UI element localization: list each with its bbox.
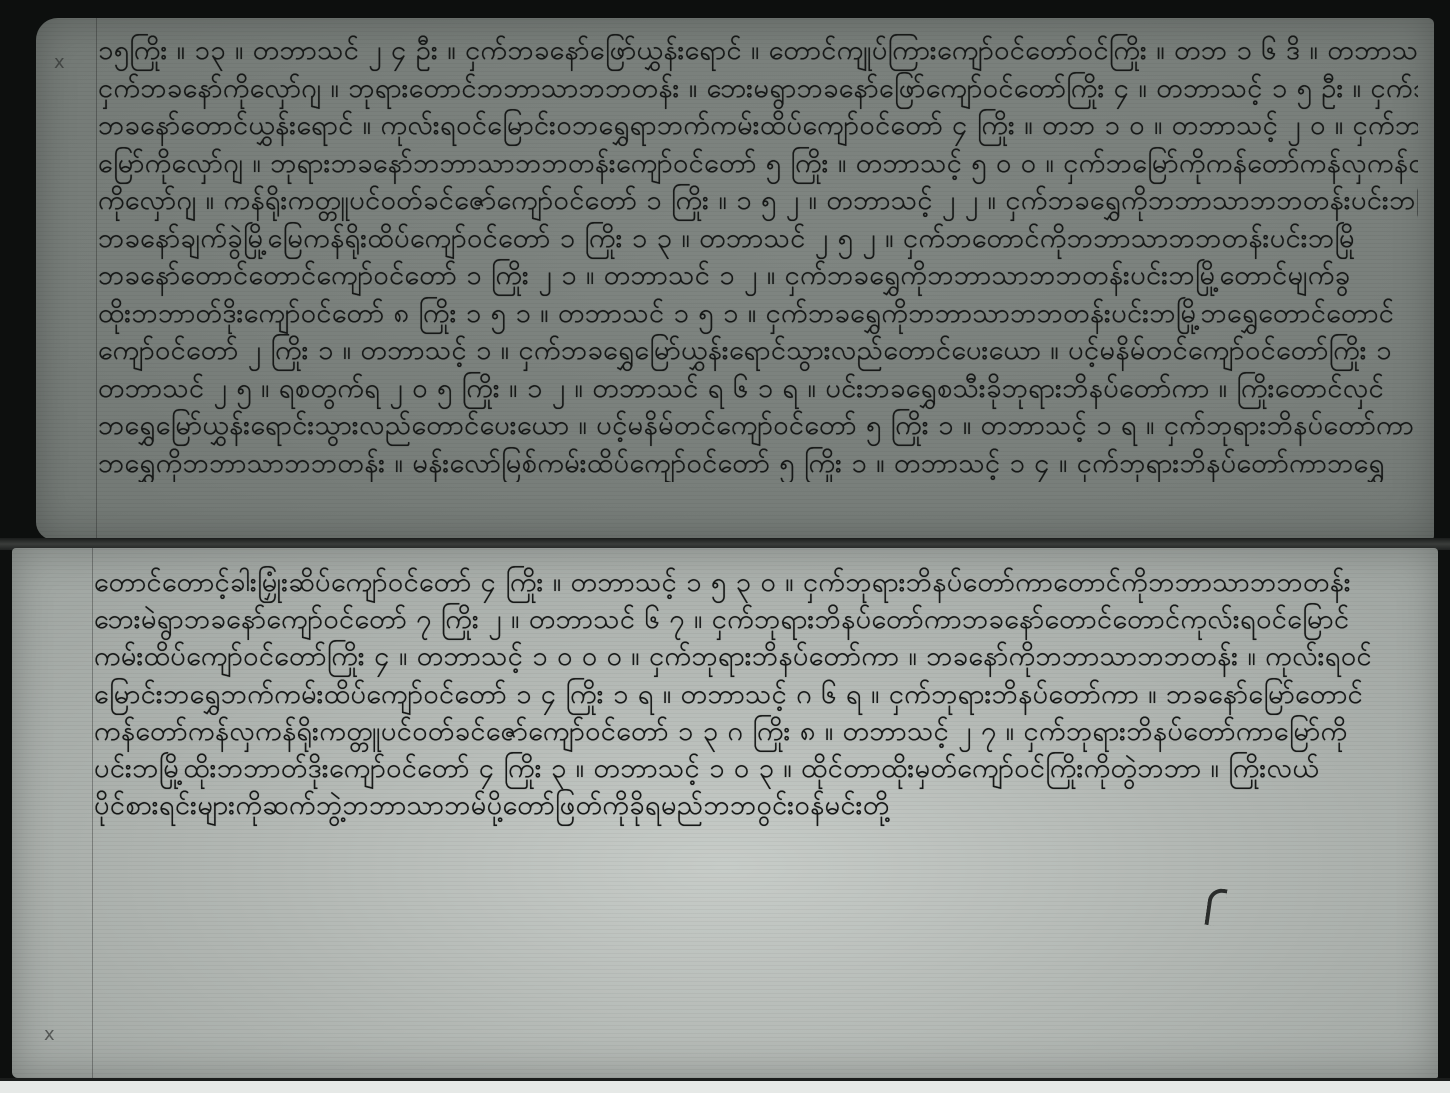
lower-text-block: တောင်တောင့်ခါးမြှုံးဆိပ်ကျော်ဝင်တော် ၄ က… bbox=[94, 564, 1414, 862]
text-line: ကိုလှော်ဂျ ။ ကန်ရိုးကတ္တူပင်ဝတ်ခင်ဇော်ကျ… bbox=[98, 182, 1418, 220]
left-margin-rule bbox=[96, 18, 97, 540]
text-line: ပိုင်စားရင်းများကိုဆက်ဘွဲ့ဘဘာသာဘမ်ပို့တေ… bbox=[94, 787, 1414, 824]
corner-x-mark: x bbox=[54, 52, 65, 73]
text-line: ဘခနော်ချက်ခွဲမြို့မြေကန်ရိုးထိပ်ကျော်ဝင်… bbox=[98, 220, 1418, 258]
text-line bbox=[94, 824, 1414, 861]
text-line: ဘခနော်တောင်တောင်ကျော်ဝင်တော် ၁ ကြိုး ၂ ၁… bbox=[98, 257, 1418, 295]
upper-text-block: ၁၅ကြိုး ။ ၁၃ ။ တဘာသင် ၂ ၄ ဦး ။ ငှက်ဘခနော… bbox=[98, 32, 1418, 482]
stray-ink-mark bbox=[1204, 887, 1227, 927]
upper-manuscript-panel: x ၁၅ကြိုး ။ ၁၃ ။ တဘာသင် ၂ ၄ ဦး ။ ငှက်ဘခန… bbox=[36, 18, 1434, 540]
text-line: ဘခနော်တောင်ယွှန်းရောင် ။ ကုလ်းရဝင်မြောင်… bbox=[98, 107, 1418, 145]
text-line: ပင်းဘမြို့ထိုးဘဘာတ်ဒိုးကျော်ဝင်တော် ၄ ကြ… bbox=[94, 750, 1414, 787]
text-line: ကန်တော်ကန်လှကန်ရိုးကတ္တူပင်ဝတ်ခင်ဇော်ကျေ… bbox=[94, 713, 1414, 750]
bottom-edge bbox=[0, 1078, 1450, 1093]
left-margin-rule bbox=[92, 548, 93, 1078]
text-line: ငှက်ဘခနော်ကိုလှော်ဂျ ။ ဘုရားတောင်ဘဘာသာဘဘ… bbox=[98, 70, 1418, 108]
text-line: တဘာသင် ၂ ၅ ။ ရစတွက်ရ ၂ ၀ ၅ ကြိုး ။ ၁ ၂ ။… bbox=[98, 370, 1418, 408]
text-line: မြော်ကိုလှော်ဂျ ။ ဘုရားဘခနော်ဘဘာသာဘဘတန်း… bbox=[98, 145, 1418, 183]
text-line: ၁၅ကြိုး ။ ၁၃ ။ တဘာသင် ၂ ၄ ဦး ။ ငှက်ဘခနော… bbox=[98, 32, 1418, 70]
text-line: မြောင်းဘရွှေဘက်ကမ်းထိပ်ကျော်ဝင်တော် ၁ ၄ … bbox=[94, 676, 1414, 713]
corner-x-mark: x bbox=[44, 1024, 55, 1045]
text-line: ကမ်းထိပ်ကျော်ဝင်တော်ကြိုး ၄ ။ တဘာသင့် ၁ … bbox=[94, 638, 1414, 675]
text-line: ဘရွှေကိုဘဘာသာဘဘတန်း ။ မန်းလော်မြစ်ကမ်းထိ… bbox=[98, 445, 1418, 483]
text-line: ဘေးမဲရွာဘခနော်ကျော်ဝင်တော် ၇ ကြိုး ၂ ။ တ… bbox=[94, 601, 1414, 638]
lower-manuscript-panel: x တောင်တောင့်ခါးမြှုံးဆိပ်ကျော်ဝင်တော် ၄… bbox=[12, 548, 1438, 1078]
text-line: ဘရွှေမြော်ယွှန်းရောင်းသွားလည်တောင်ပေးယော… bbox=[98, 407, 1418, 445]
text-line: ကျော်ဝင်တော် ၂ ကြိုး ၁ ။ တဘာသင့် ၁ ။ ငှက… bbox=[98, 332, 1418, 370]
text-line: တောင်တောင့်ခါးမြှုံးဆိပ်ကျော်ဝင်တော် ၄ က… bbox=[94, 564, 1414, 601]
text-line: ထိုးဘဘာတ်ဒိုးကျော်ဝင်တော် ၈ ကြိုး ၁ ၅ ၁ … bbox=[98, 295, 1418, 333]
